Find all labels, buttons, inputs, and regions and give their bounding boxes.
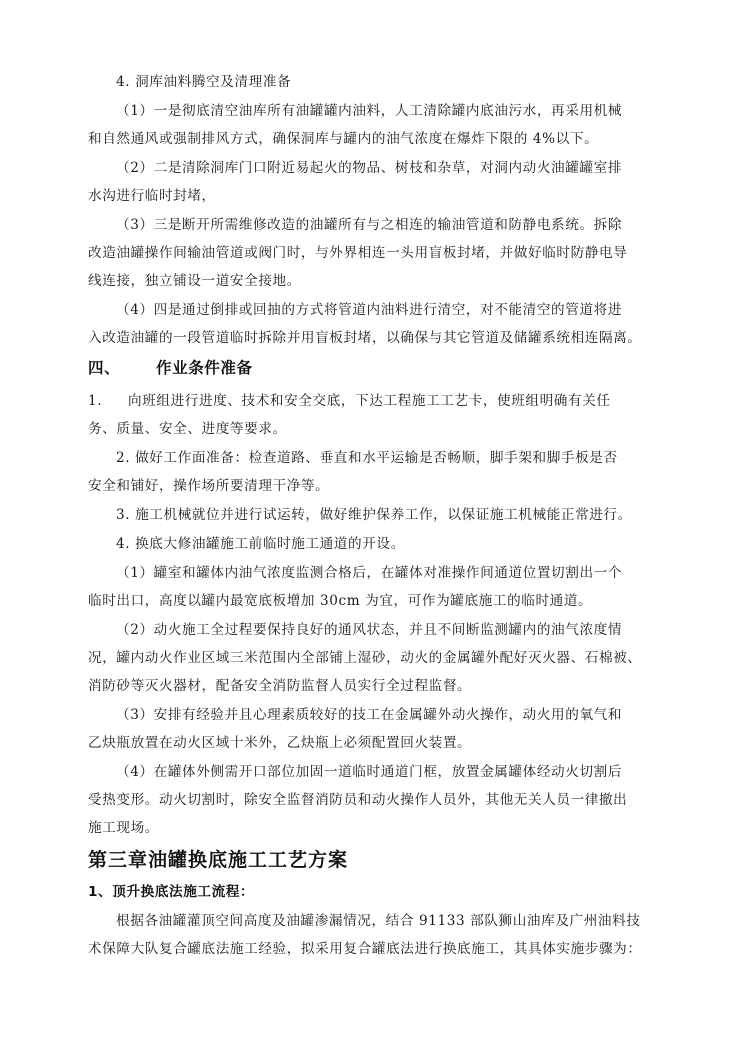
s4-item-2-line-1: 2. 做好工作面准备：检查道路、垂直和水平运输是否畅顺，脚手架和脚手板是否: [116, 448, 690, 468]
s4-para-4-line-3: 施工现场。: [88, 818, 662, 838]
paragraph-2-line-2: 水沟进行临时封堵，: [88, 186, 662, 206]
paragraph-2-line-1: （2）二是清除洞库门口附近易起火的物品、树枝和杂草，对洞内动火油罐罐室排: [116, 158, 690, 178]
s4-item-2-line-2: 安全和铺好，操作场所要清理干净等。: [88, 476, 662, 496]
paragraph-4-line-2: 入改造油罐的一段管道临时拆除并用盲板封堵，以确保与其它管道及储罐系统相连隔离。: [88, 328, 662, 348]
s4-para-4-line-2: 受热变形。动火切割时，除安全监督消防员和动火操作人员外，其他无关人员一律撤出: [88, 790, 662, 810]
s4-para-2-line-1: （2）动火施工全过程要保持良好的通风状态，并且不间断监测罐内的油气浓度情: [116, 620, 690, 640]
chapter-3-para-1-line-1: 根据各油罐灌顶空间高度及油罐渗漏情况，结合 91133 部队狮山油库及广州油料技: [116, 911, 690, 931]
s4-item-3: 3. 施工机械就位并进行试运转，做好维护保养工作，以保证施工机械能正常进行。: [116, 505, 690, 525]
s4-item-1-text: 向班组进行进度、技术和安全交底，下达工程施工工艺卡，使班组明确有关任: [128, 393, 611, 409]
section-4-title: 作业条件准备: [156, 359, 253, 377]
chapter-3-subheading-1: 1、顶升换底法施工流程：: [88, 882, 662, 902]
chapter-3-para-1-line-2: 术保障大队复合罐底法施工经验，拟采用复合罐底法进行换底施工，其具体实施步骤为：: [88, 939, 662, 959]
s4-item-1-number: 1.: [88, 391, 128, 411]
s4-para-4-line-1: （4）在罐体外侧需开口部位加固一道临时通道门框，放置金属罐体经动火切割后: [116, 762, 690, 782]
s4-item-4: 4. 换底大修油罐施工前临时施工通道的开设。: [116, 534, 690, 554]
s4-para-1-line-2: 临时出口，高度以罐内最宽底板增加 30cm 为宜，可作为罐底施工的临时通道。: [88, 591, 662, 611]
paragraph-3-line-2: 改造油罐操作间输油管道或阀门时，与外界相连一头用盲板封堵，并做好临时防静电导: [88, 243, 662, 263]
s4-para-2-line-2: 况，罐内动火作业区域三米范围内全部铺上湿砂，动火的金属罐外配好灭火器、石棉被、: [88, 648, 662, 668]
document-page: 4. 洞库油料腾空及清理准备 （1）一是彻底清空油库所有油罐罐内油料，人工清除罐…: [0, 0, 744, 1052]
s4-para-3-line-2: 乙炔瓶放置在动火区域十米外，乙炔瓶上必须配置回火装置。: [88, 733, 662, 753]
paragraph-4-line-1: （4）四是通过倒排或回抽的方式将管道内油料进行清空，对不能清空的管道将进: [116, 300, 690, 320]
chapter-3-title: 第三章油罐换底施工工艺方案: [88, 847, 662, 873]
s4-para-2-line-3: 消防砂等灭火器材，配备安全消防监督人员实行全过程监督。: [88, 676, 662, 696]
s4-para-1-line-1: （1）罐室和罐体内油气浓度监测合格后，在罐体对准操作间通道位置切割出一个: [116, 563, 690, 583]
section-4-number: 四、: [88, 358, 156, 378]
s4-item-1-line-2: 务、质量、安全、进度等要求。: [88, 419, 662, 439]
paragraph-1-line-2: 和自然通风或强制排风方式，确保洞库与罐内的油气浓度在爆炸下限的 4%以下。: [88, 129, 662, 149]
item-4-title: 4. 洞库油料腾空及清理准备: [116, 72, 690, 92]
paragraph-3-line-1: （3）三是断开所需维修改造的油罐所有与之相连的输油管道和防静电系统。拆除: [116, 215, 690, 235]
paragraph-1-line-1: （1）一是彻底清空油库所有油罐罐内油料，人工清除罐内底油污水，再采用机械: [116, 101, 690, 121]
paragraph-3-line-3: 线连接，独立铺设一道安全接地。: [88, 271, 662, 291]
s4-item-1-line-1: 1.向班组进行进度、技术和安全交底，下达工程施工工艺卡，使班组明确有关任: [88, 391, 662, 411]
s4-para-3-line-1: （3）安排有经验并且心理素质较好的技工在金属罐外动火操作，动火用的氧气和: [116, 705, 690, 725]
section-4-heading: 四、作业条件准备: [88, 358, 662, 378]
